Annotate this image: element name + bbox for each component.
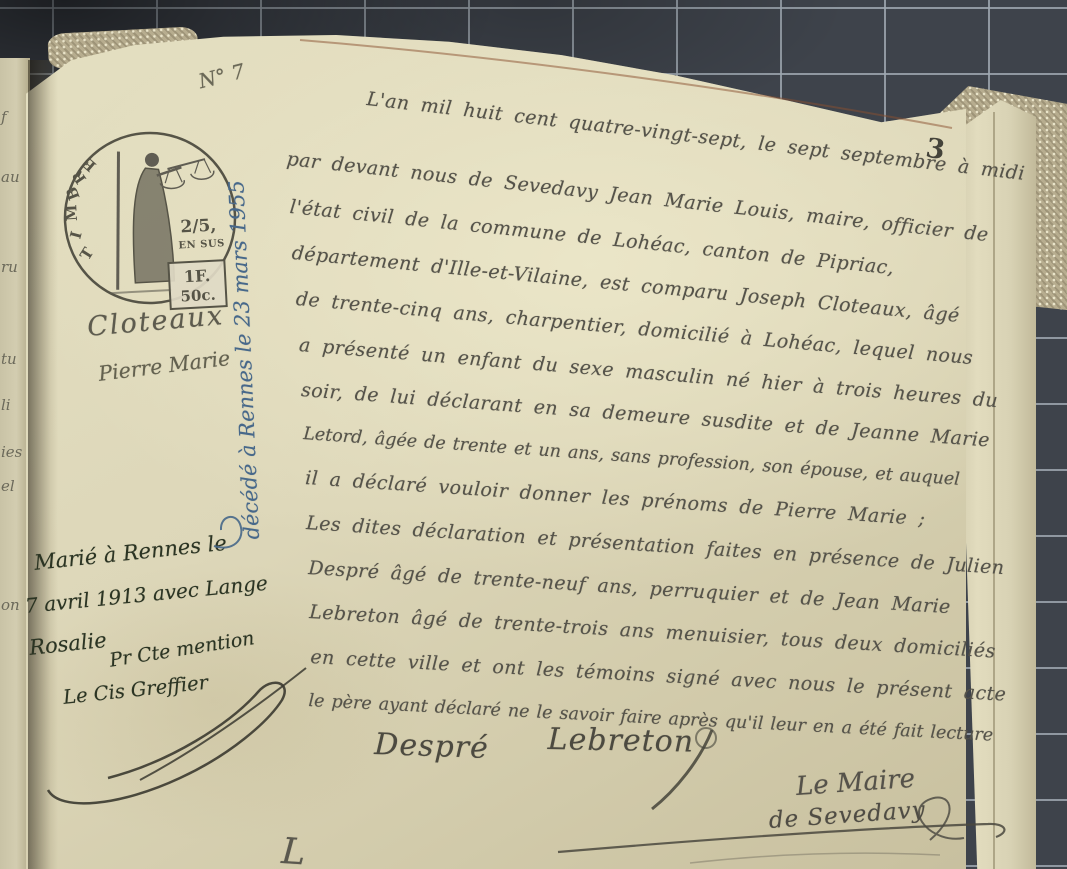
register-photo: f au ru tu li ies el on N° 7 3 T I M B R… [0, 0, 1067, 869]
stamp-surcharge2: EN SUS [178, 238, 225, 251]
svg-text:M: M [62, 204, 81, 222]
stamp-value1: 1F. [183, 266, 210, 286]
witness-signature-despre: Despré [374, 727, 490, 766]
prev-page-fragment: au [1, 168, 20, 186]
book-gutter-shadow [28, 60, 58, 869]
prev-page-fragment: tu [1, 350, 17, 368]
prev-page-fragment: ru [1, 258, 18, 276]
page-crease-line [993, 112, 995, 869]
prev-page-fragment: el [1, 477, 15, 495]
revenue-stamp: T I M B R E 2/5, EN SUS 1F. 50c. [53, 119, 247, 316]
svg-text:B: B [62, 184, 83, 202]
next-act-fragment: L [280, 831, 307, 869]
witness-signature-lebreton: Lebreton [547, 722, 694, 760]
svg-text:I: I [67, 229, 86, 240]
stamp-surcharge: 2/5, [180, 216, 217, 238]
prev-page-fragment: f [1, 108, 7, 126]
prev-page-fragment: ies [1, 443, 22, 461]
prev-page-fragment: on [1, 596, 20, 614]
svg-text:T: T [76, 244, 98, 264]
prev-page-fragment: li [1, 396, 11, 414]
